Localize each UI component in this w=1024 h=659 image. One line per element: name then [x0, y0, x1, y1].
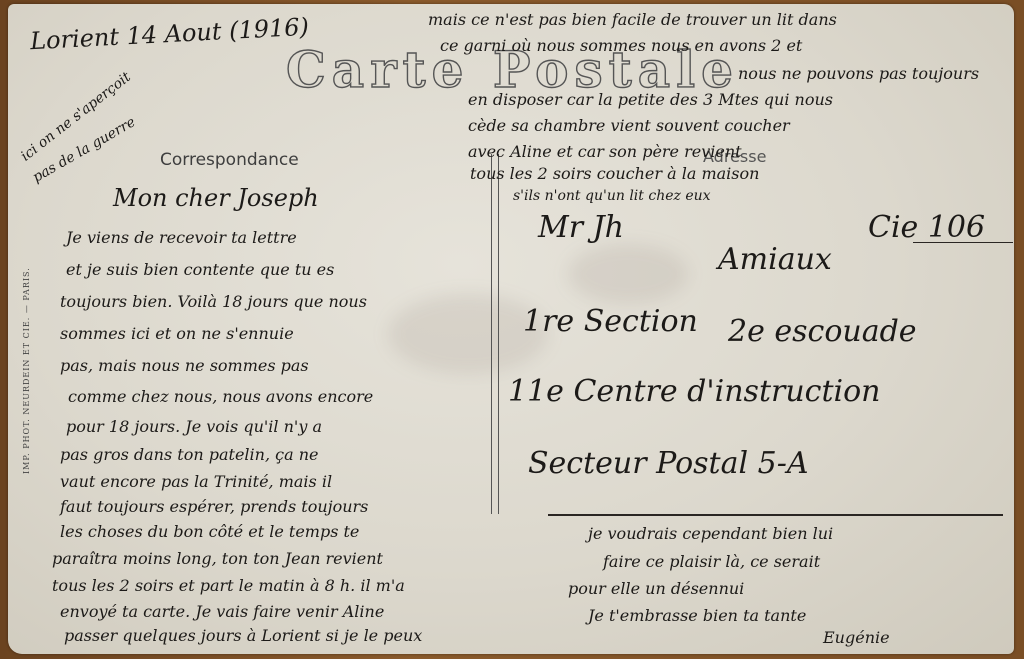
letter-line: tous les 2 soirs et part le matin à 8 h.…: [52, 576, 405, 595]
letter-line: tous les 2 soirs coucher à la maison: [470, 164, 759, 183]
address-section: 1re Section: [523, 304, 698, 339]
separator-line: [548, 514, 1003, 516]
address-center: 11e Centre d'instruction: [508, 374, 881, 409]
letter-line: pour elle un désennui: [568, 579, 744, 598]
paper-stain: [568, 244, 688, 304]
letter-line: nous ne pouvons pas toujours: [738, 64, 979, 83]
letter-line: avec Aline et car son père revient: [468, 142, 742, 161]
correspondence-label: Correspondance: [160, 150, 299, 170]
letter-line: toujours bien. Voilà 18 jours que nous: [60, 292, 367, 311]
letter-line: Je viens de recevoir ta lettre: [66, 228, 297, 247]
underline: [913, 242, 1013, 243]
greeting: Mon cher Joseph: [113, 184, 319, 212]
address-company: Cie 106: [868, 210, 985, 245]
letter-line: ce garni où nous sommes nous en avons 2 …: [440, 36, 802, 55]
printer-imprint: IMP. PHOT. NEURDEIN ET CIE. — PARIS.: [22, 267, 31, 474]
address-squad: 2e escouade: [728, 314, 917, 349]
signature: Eugénie: [823, 628, 890, 647]
letter-line: mais ce n'est pas bien facile de trouver…: [428, 10, 837, 29]
letter-line: sommes ici et on ne s'ennuie: [60, 324, 294, 343]
date-line: Lorient 14 Aout (1916): [29, 13, 309, 56]
letter-line: s'ils n'ont qu'un lit chez eux: [513, 188, 711, 204]
address-postal-sector: Secteur Postal 5-A: [528, 446, 809, 481]
letter-line: et je suis bien contente que tu es: [66, 260, 334, 279]
letter-line: faire ce plaisir là, ce serait: [603, 552, 820, 571]
letter-line: les choses du bon côté et le temps te: [60, 522, 359, 541]
letter-line: Je t'embrasse bien ta tante: [588, 606, 806, 625]
letter-line: cède sa chambre vient souvent coucher: [468, 116, 790, 135]
center-divider: [491, 154, 499, 514]
letter-line: paraîtra moins long, ton ton Jean revien…: [52, 549, 383, 568]
letter-line: pour 18 jours. Je vois qu'il n'y a: [66, 417, 322, 436]
letter-line: envoyé ta carte. Je vais faire venir Ali…: [60, 602, 384, 621]
address-recipient: Mr Jh: [538, 210, 624, 245]
letter-line: comme chez nous, nous avons encore: [68, 387, 373, 406]
address-name: Amiaux: [718, 242, 832, 277]
letter-line: en disposer car la petite des 3 Mtes qui…: [468, 90, 833, 109]
letter-line: je voudrais cependant bien lui: [588, 524, 833, 543]
letter-line: pas, mais nous ne sommes pas: [60, 356, 309, 375]
postcard: Carte Postale Correspondance Adresse IMP…: [8, 4, 1014, 654]
letter-line: vaut encore pas la Trinité, mais il: [60, 472, 332, 491]
letter-line: passer quelques jours à Lorient si je le…: [64, 626, 422, 645]
letter-line: pas gros dans ton patelin, ça ne: [60, 445, 318, 464]
letter-line: faut toujours espérer, prends toujours: [60, 497, 368, 516]
